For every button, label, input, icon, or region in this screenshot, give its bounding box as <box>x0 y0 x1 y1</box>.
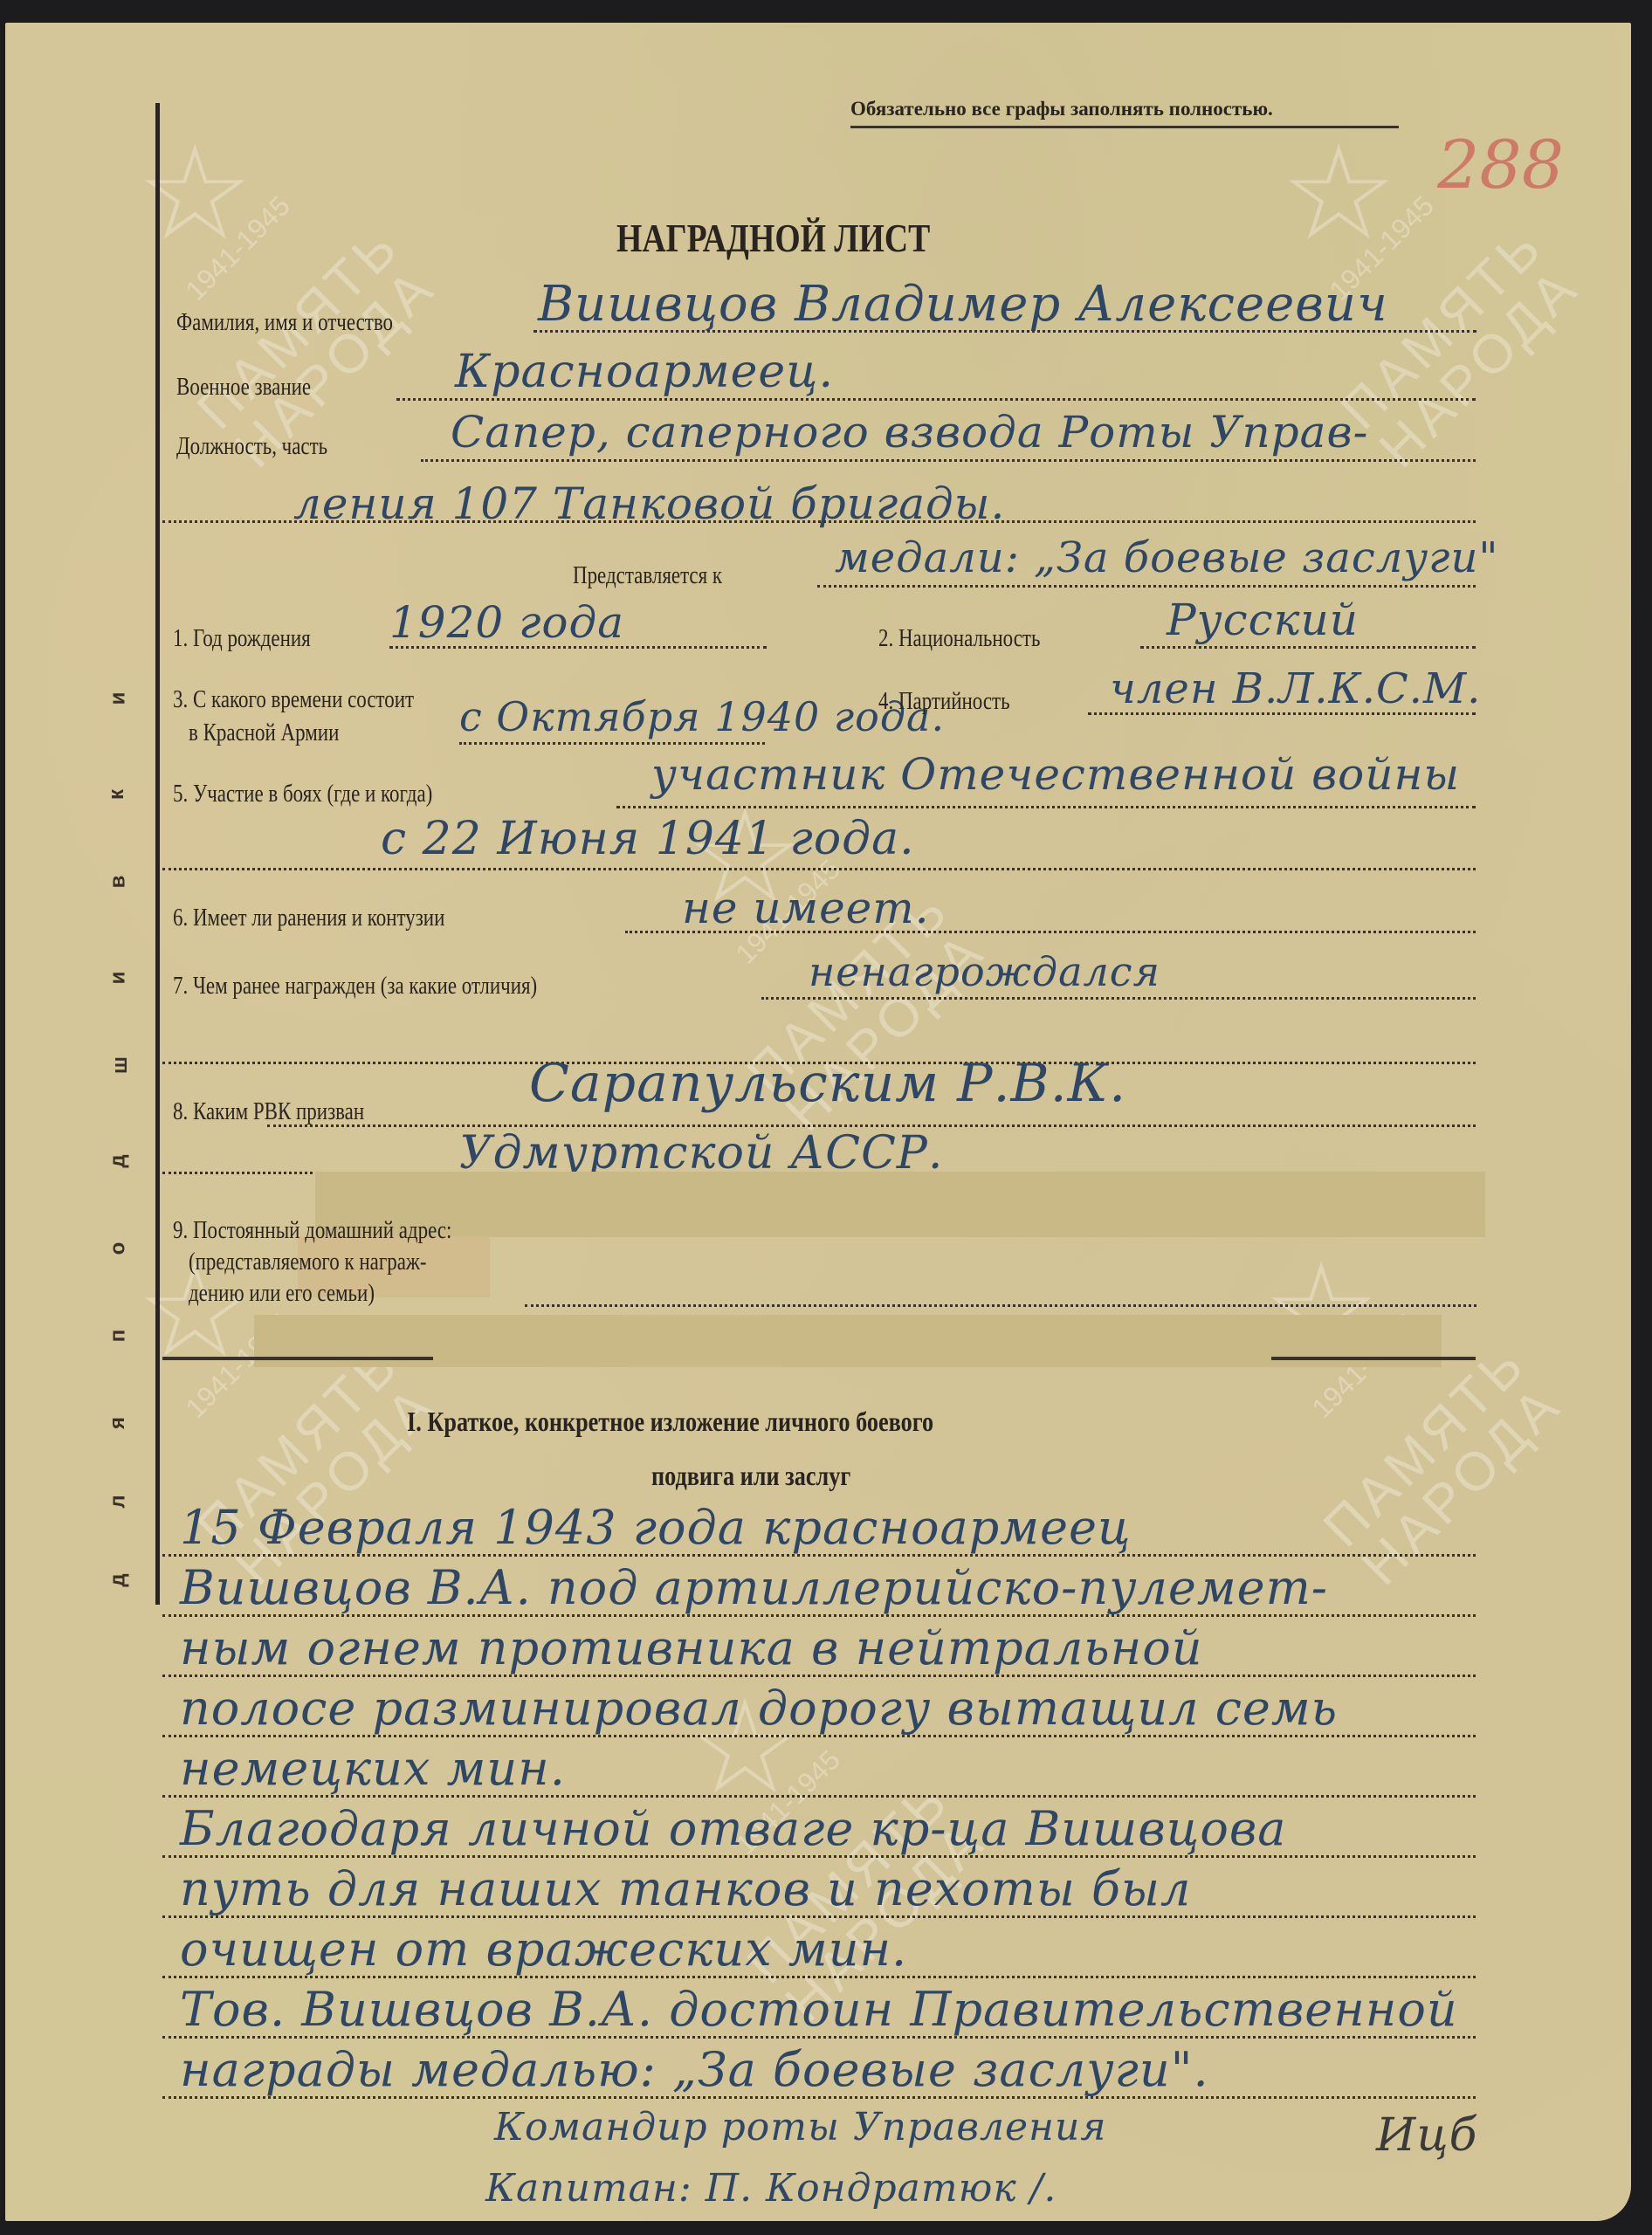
army-since-label: 3. С какого времени состоит <box>173 686 467 714</box>
rvk-label: 8. Каким РВК призван <box>173 1098 406 1126</box>
narrative-ruled-line <box>162 2036 1476 2039</box>
prior-awards-label: 7. Чем ранее награжден (за какие отличия… <box>173 973 617 1001</box>
party-value: член В.Л.К.С.М. <box>1110 664 1481 713</box>
position-line-1 <box>421 459 1476 462</box>
commander-name: Капитан: П. Кондратюк /. <box>485 2166 1057 2211</box>
narrative-ruled-line <box>162 1976 1476 1978</box>
full-name-label: Фамилия, имя и отчество <box>176 309 440 337</box>
award-sheet-page: ☆ 1941-1945 ПАМЯТЬНАРОДА ☆ 1941-1945 ПАМ… <box>5 23 1631 2221</box>
full-name-line <box>533 330 1476 333</box>
section-divider <box>1271 1357 1476 1360</box>
army-since-value: с Октября 1940 года. <box>459 693 945 740</box>
commander-title: Командир роты Управления <box>494 2105 1106 2149</box>
full-name-value: Вишвцов Владимер Алексеевич <box>538 276 1388 333</box>
fill-all-fields-notice: Обязательно все графы заполнять полность… <box>850 98 1273 120</box>
prior-awards-line <box>761 997 1476 1000</box>
section-heading: I. Краткое, конкретное изложение личного… <box>407 1406 1050 1438</box>
birth-year-label: 1. Год рождения <box>173 625 341 653</box>
party-label: 4. Партийность <box>878 688 1039 716</box>
narrative-line: немецких мин. <box>180 1741 566 1796</box>
watermark-memory-of-people: ☆ 1941-1945 ПАМЯТЬНАРОДА <box>1280 127 1397 258</box>
nationality-label: 2. Национальность <box>878 625 1076 653</box>
narrative-ruled-line <box>162 1855 1476 1858</box>
narrative-ruled-line <box>162 1795 1476 1798</box>
position-label: Должность, часть <box>176 433 361 461</box>
section-divider <box>162 1357 433 1360</box>
battles-label: 5. Участие в боях (где и когда) <box>173 781 490 808</box>
notice-underline <box>850 126 1399 128</box>
nationality-line <box>1140 646 1476 649</box>
battles-value-line2: с 22 Июня 1941 года. <box>381 813 915 865</box>
birth-year-line <box>389 646 767 649</box>
battles-line-2 <box>162 868 1476 870</box>
watermark-memory-of-people: ☆ 1941-1945 ПАМЯТЬНАРОДА <box>136 127 253 258</box>
signature-mark: Ицб <box>1376 2109 1477 2162</box>
wounds-line <box>625 931 1476 933</box>
page-title: НАГРАДНОЙ ЛИСТ <box>616 215 999 261</box>
rvk-value-line1: Сарапульским Р.В.К. <box>529 1053 1126 1114</box>
narrative-ruled-line <box>162 2096 1476 2099</box>
address-label-2: (представляемого к награж- <box>189 1248 478 1276</box>
binding-margin-line <box>155 103 160 1605</box>
narrative-ruled-line <box>162 1675 1476 1677</box>
wounds-value: не имеет. <box>682 883 930 933</box>
nationality-value: Русский <box>1167 595 1359 645</box>
army-since-label-2: в Красной Армии <box>189 719 372 747</box>
narrative-line: ным огнем противника в нейтральной <box>180 1620 1202 1675</box>
star-icon: ☆ <box>136 127 253 258</box>
battles-value-line1: участник Отечественной войны <box>651 749 1460 800</box>
position-value-line1: Сапер, саперного взвода Роты Управ- <box>451 407 1368 457</box>
birth-year-value: 1920 года <box>389 597 624 648</box>
narrative-line: Вишвцов В.А. под артиллерийско-пулемет- <box>180 1560 1328 1615</box>
rank-line <box>396 398 1476 401</box>
prior-awards-value: ненагрождался <box>809 948 1160 995</box>
narrative-ruled-line <box>162 1614 1476 1617</box>
address-line <box>525 1304 1476 1307</box>
nominated-for-label: Представляется к <box>573 562 755 590</box>
nominated-for-value: медали: „За боевые заслуги" <box>835 533 1498 582</box>
party-line <box>1088 712 1476 715</box>
narrative-ruled-line <box>162 1735 1476 1737</box>
narrative-line: полосе разминировал дорогу вытащил семь <box>180 1681 1338 1736</box>
narrative-line: 15 Февраля 1943 года красноармеец <box>180 1500 1132 1555</box>
rank-label: Военное звание <box>176 374 341 402</box>
narrative-line: Тов. Вишвцов В.А. достоин Правительствен… <box>180 1982 1458 2037</box>
rank-value: Красноармеец. <box>455 346 834 398</box>
address-label: 9. Постоянный домашний адрес: <box>173 1217 513 1245</box>
narrative-line: очищен от вражеских мин. <box>180 1922 907 1977</box>
nominated-line <box>817 585 1476 588</box>
archive-page-number: 288 <box>1437 126 1564 203</box>
section-heading-2: подвига или заслуг <box>651 1460 894 1492</box>
wounds-label: 6. Имеет ли ранения и контузии <box>173 904 505 932</box>
address-label-3: дению или его семьи) <box>189 1280 416 1308</box>
narrative-ruled-line <box>162 1554 1476 1557</box>
position-line-2 <box>162 520 1476 523</box>
narrative-ruled-line <box>162 1915 1476 1918</box>
battles-line-1 <box>616 806 1476 808</box>
star-icon: ☆ <box>1280 127 1397 258</box>
narrative-line: награды медалью: „За боевые заслуги". <box>180 2042 1209 2097</box>
narrative-line: путь для наших танков и пехоты был <box>180 1861 1191 1916</box>
narrative-line: Благодаря личной отваге кр-ца Вишвцова <box>180 1801 1286 1856</box>
army-since-line <box>459 742 765 745</box>
